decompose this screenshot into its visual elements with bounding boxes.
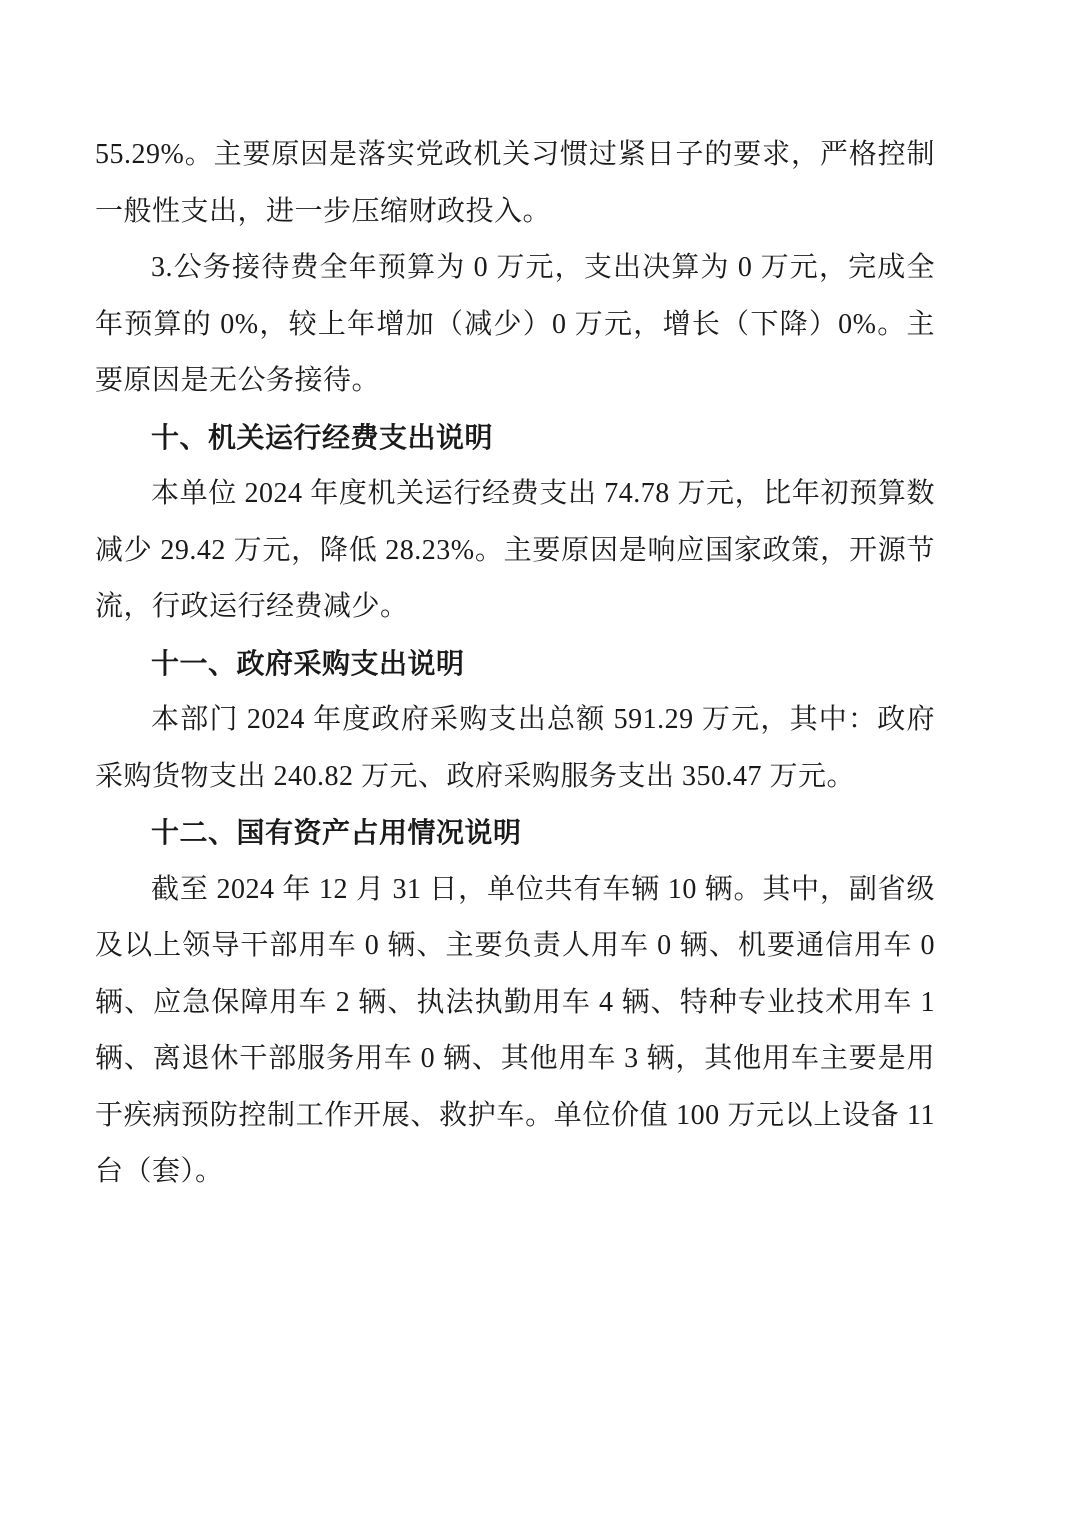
document-body: 55.29%。主要原因是落实党政机关习惯过紧日子的要求，严格控制一般性支出，进一… [95, 127, 935, 1201]
document-page: 55.29%。主要原因是落实党政机关习惯过紧日子的要求，严格控制一般性支出，进一… [0, 0, 1069, 1514]
paragraph: 本部门 2024 年度政府采购支出总额 591.29 万元，其中：政府采购货物支… [95, 692, 935, 805]
section-heading: 十二、国有资产占用情况说明 [95, 805, 935, 862]
paragraph: 截至 2024 年 12 月 31 日，单位共有车辆 10 辆。其中，副省级及以… [95, 862, 935, 1201]
paragraph: 55.29%。主要原因是落实党政机关习惯过紧日子的要求，严格控制一般性支出，进一… [95, 127, 935, 240]
section-heading: 十一、政府采购支出说明 [95, 636, 935, 693]
paragraph: 本单位 2024 年度机关运行经费支出 74.78 万元，比年初预算数减少 29… [95, 466, 935, 636]
paragraph: 3.公务接待费全年预算为 0 万元，支出决算为 0 万元，完成全年预算的 0%，… [95, 240, 935, 410]
section-heading: 十、机关运行经费支出说明 [95, 410, 935, 467]
